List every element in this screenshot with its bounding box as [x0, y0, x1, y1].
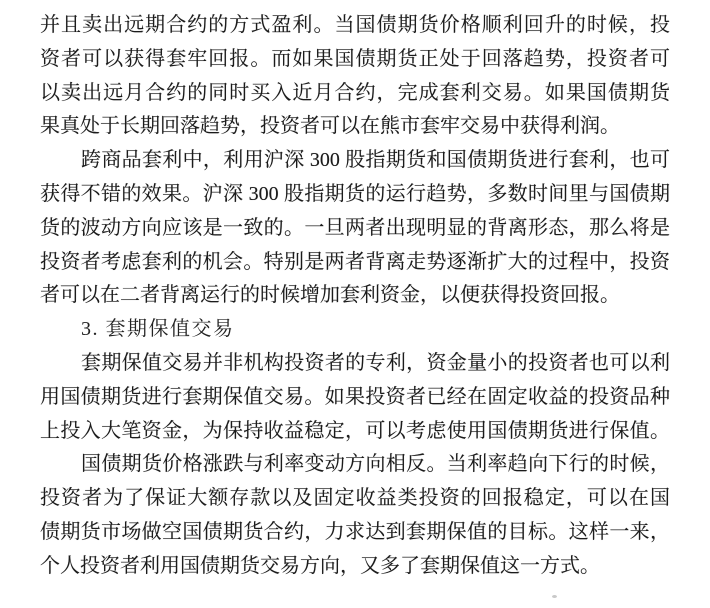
section-heading: 3. 套期保值交易 [40, 313, 670, 347]
text-line: 果真处于长期回落趋势，投资者可以在熊市套牢交易中获得利润。 [40, 110, 670, 144]
text-line: 货的波动方向应该是一致的。一旦两者出现明显的背离形态，那么将是 [40, 212, 670, 246]
text-line: 套期保值交易并非机构投资者的专利，资金量小的投资者也可以利 [40, 347, 670, 381]
text-line: 个人投资者利用国债期货交易方向，又多了套期保值这一方式。 [40, 550, 670, 584]
text-line: 上投入大笔资金，为保持收益稳定，可以考虑使用国债期货进行保值。 [40, 415, 670, 449]
text-line: 资者可以获得套牢回报。而如果国债期货正处于回落趋势，投资者可 [40, 43, 670, 77]
text-line: 者可以在二者背离运行的时候增加套利资金，以便获得投资回报。 [40, 279, 670, 313]
text-line: 用国债期货进行套期保值交易。如果投资者已经在固定收益的投资品种 [40, 381, 670, 415]
text-line: 投资者考虑套利的机会。特别是两者背离走势逐渐扩大的过程中，投资 [40, 246, 670, 280]
text-line: 债期货市场做空国债期货合约，力求达到套期保值的目标。这样一来， [40, 516, 670, 550]
heading-line: 3. 套期保值交易 [40, 313, 670, 347]
text-line: 并且卖出远期合约的方式盈利。当国债期货价格顺利回升的时候，投 [40, 9, 670, 43]
text-line: 国债期货价格涨跌与利率变动方向相反。当利率趋向下行的时候， [40, 448, 670, 482]
paragraph: 国债期货价格涨跌与利率变动方向相反。当利率趋向下行的时候，投资者为了保证大额存款… [40, 448, 670, 583]
text-line: 获得不错的效果。沪深 300 股指期货的运行趋势，多数时间里与国债期 [40, 178, 670, 212]
paragraph: 套期保值交易并非机构投资者的专利，资金量小的投资者也可以利用国债期货进行套期保值… [40, 347, 670, 448]
paragraph: 跨商品套利中，利用沪深 300 股指期货和国债期货进行套利，也可获得不错的效果。… [40, 144, 670, 313]
text-line: 跨商品套利中，利用沪深 300 股指期货和国债期货进行套利，也可 [40, 144, 670, 178]
text-line: 投资者为了保证大额存款以及固定收益类投资的回报稳定，可以在国 [40, 482, 670, 516]
text-column: 并且卖出远期合约的方式盈利。当国债期货价格顺利回升的时候，投资者可以获得套牢回报… [40, 9, 670, 584]
paragraph: 并且卖出远期合约的方式盈利。当国债期货价格顺利回升的时候，投资者可以获得套牢回报… [40, 9, 670, 144]
document-page: 并且卖出远期合约的方式盈利。当国债期货价格顺利回升的时候，投资者可以获得套牢回报… [0, 0, 710, 608]
text-line: 以卖出远月合约的同时买入近月合约，完成套利交易。如果国债期货 [40, 77, 670, 111]
scan-speck [552, 595, 557, 598]
